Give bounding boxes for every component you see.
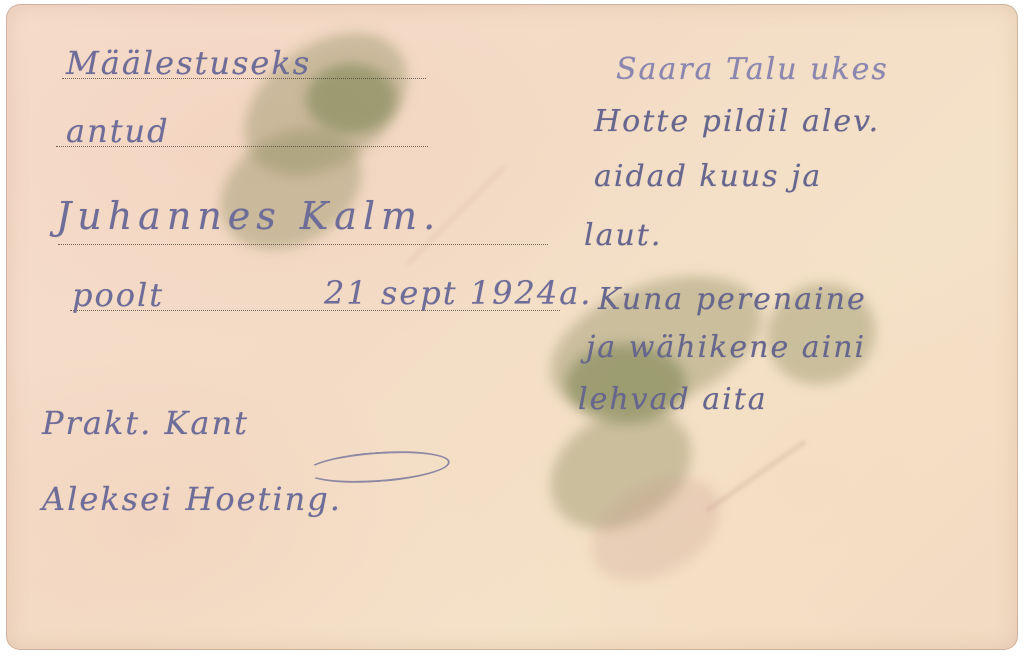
signature-name: Aleksei Hoeting. — [42, 480, 342, 518]
message-line-2: Hotte pildil alev. — [594, 104, 880, 139]
signature-title: Prakt. Kant — [42, 404, 249, 442]
message-line-3: aidad kuus ja — [594, 159, 822, 194]
crease-mark — [706, 440, 807, 512]
water-stain-upper-core — [306, 64, 396, 134]
dedication-date: 21 sept 1924a. — [324, 274, 592, 312]
dedication-line-1: Määlestuseks — [66, 44, 311, 82]
message-line-7: lehvad aita — [578, 382, 768, 417]
dedication-from: poolt — [72, 276, 164, 314]
message-line-5: Kuna perenaine — [598, 282, 867, 317]
postcard-back: Määlestuseks antud Juhannes Kalm. poolt … — [6, 4, 1018, 650]
message-line-6: ja wähikene aini — [586, 330, 866, 365]
form-rule-3 — [58, 244, 548, 245]
dedication-line-2: antud — [66, 112, 170, 150]
message-line-4: laut. — [584, 218, 662, 253]
dedication-name: Juhannes Kalm. — [56, 194, 441, 238]
message-line-1: Saara Talu ukes — [616, 52, 889, 87]
